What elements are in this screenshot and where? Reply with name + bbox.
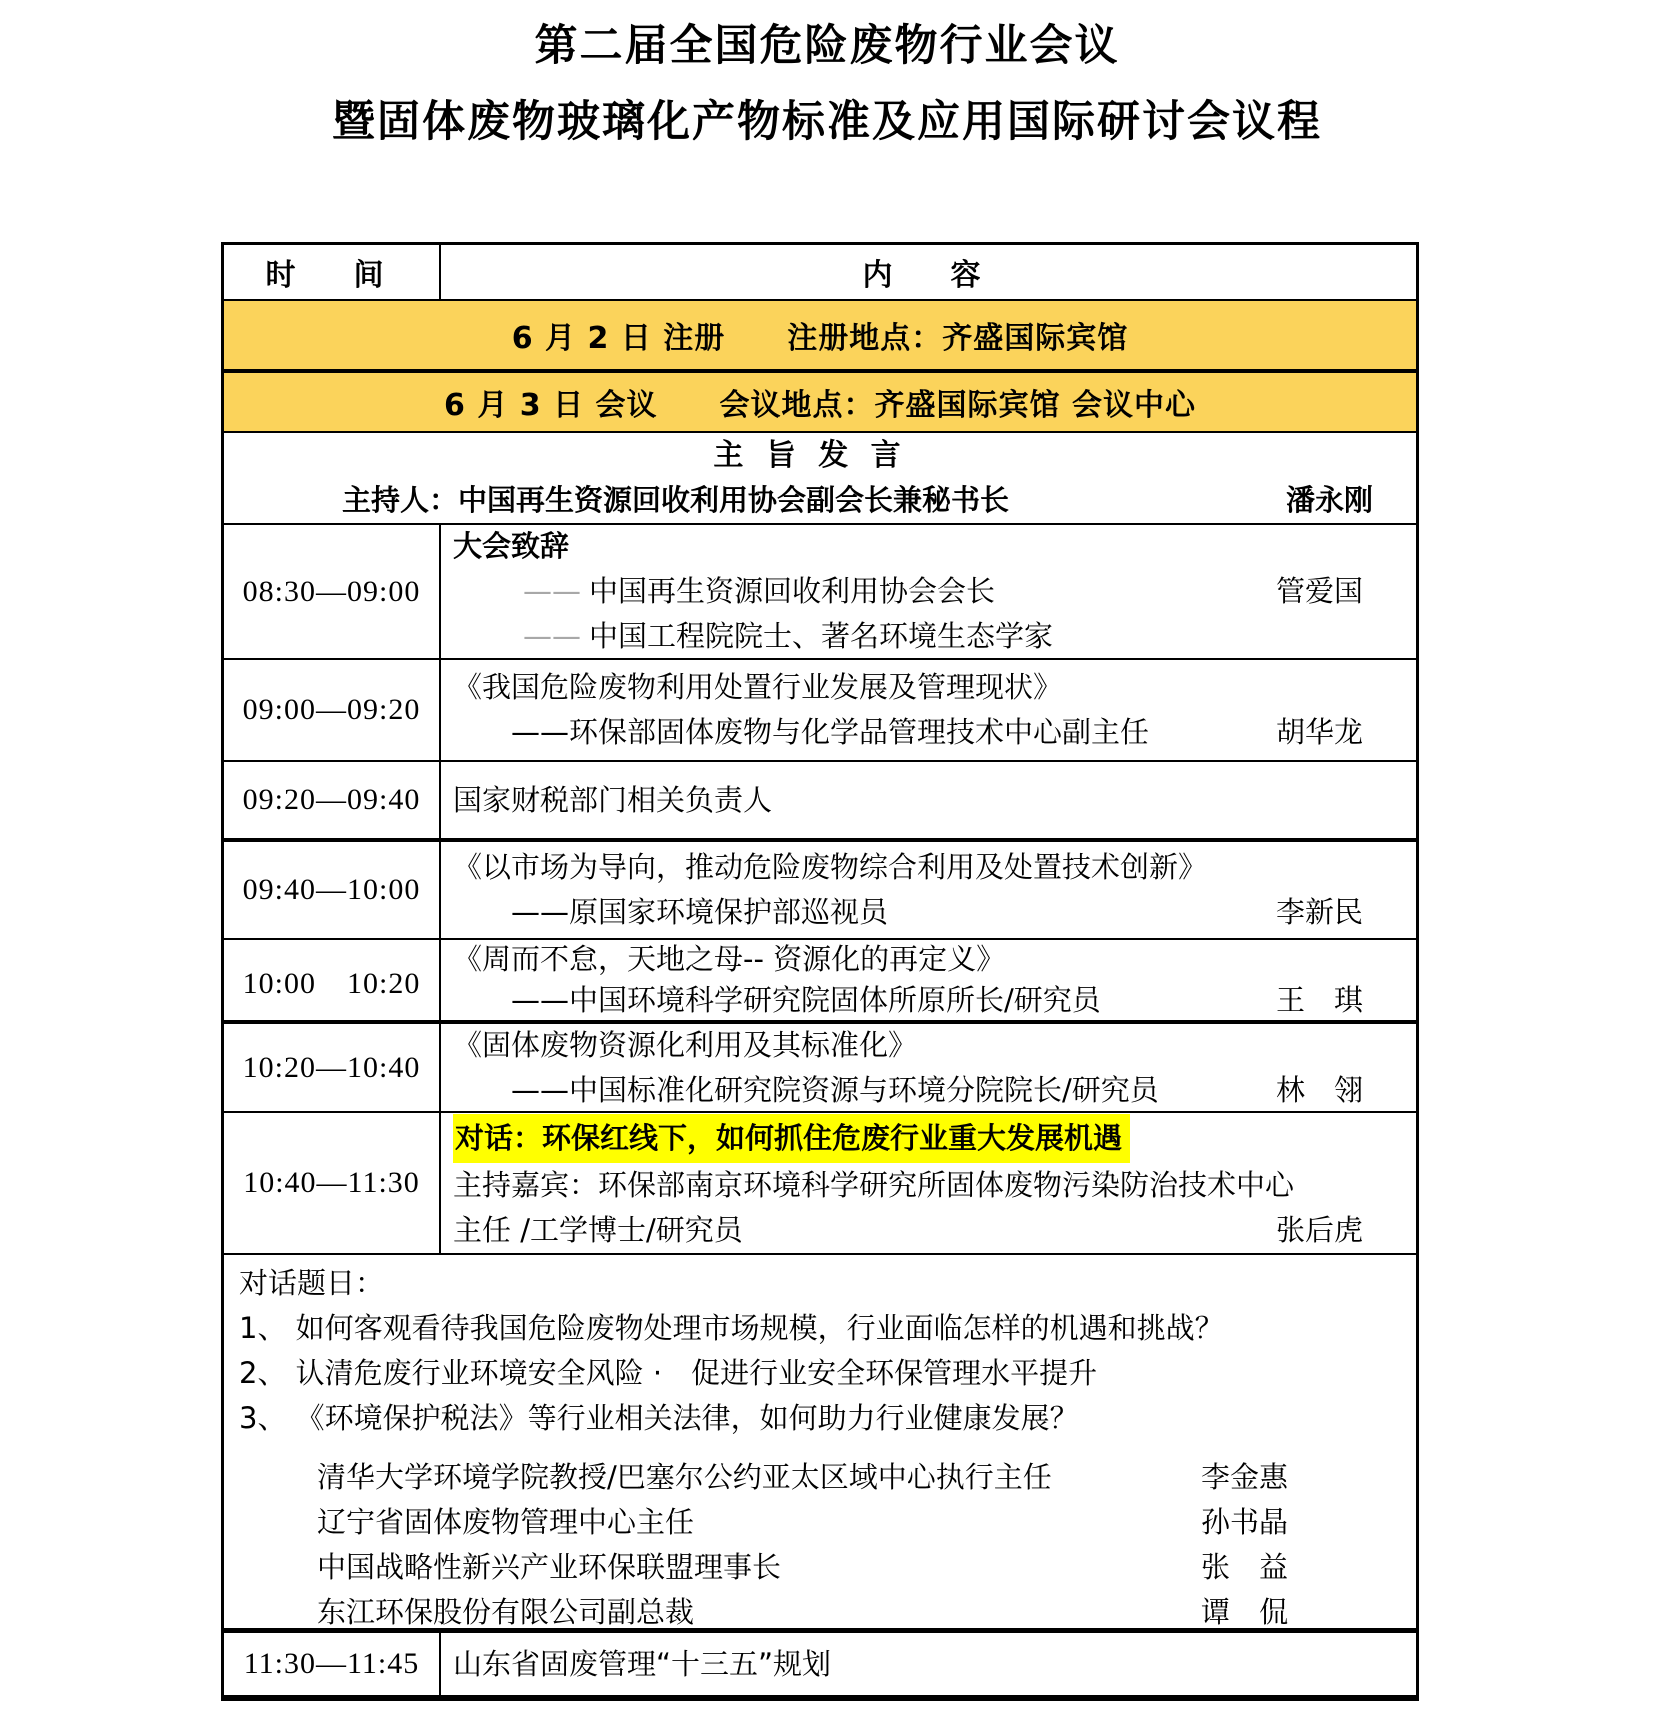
dialogue-host-line2: 主任 /工学博士/研究员 张后虎 (453, 1208, 1386, 1253)
agenda-row-0920: 09:20—09:40 国家财税部门相关负责人 (224, 760, 1416, 838)
doc-title-line2: 暨固体废物玻璃化产物标准及应用国际研讨会议程 (0, 98, 1654, 146)
speaker-name: 李新民 (1276, 890, 1386, 935)
content-1040: 对话：环保红线下，如何抓住危废行业重大发展机遇 主持嘉宾：环保部南京环境科学研究… (441, 1113, 1416, 1253)
em-dash: —— (523, 569, 581, 614)
speaker-line: ——中国标准化研究院资源与环境分院院长/研究员 林 翎 (453, 1068, 1386, 1113)
speaker-role: ——中国标准化研究院资源与环境分院院长/研究员 (511, 1068, 1159, 1113)
talk-title: 《周而不怠，天地之母-- 资源化的再定义》 (453, 939, 1386, 980)
panelist-name: 孙书晶 (1201, 1500, 1321, 1545)
keynote-host-name: 潘永刚 (1286, 478, 1396, 523)
doc-title-line1: 第二届全国危险废物行业会议 (0, 0, 1654, 70)
dialogue-topics-heading: 对话题日： (239, 1261, 1321, 1306)
speaker-role: ——中国环境科学研究院固体所原所长/研究员 (511, 980, 1101, 1021)
content-0940: 《以市场为导向，推动危险废物综合利用及处置技术创新》 ——原国家环境保护部巡视员… (441, 842, 1416, 938)
panelist-name: 李金惠 (1201, 1455, 1321, 1500)
time-1020: 10:20—10:40 (224, 1024, 441, 1111)
content-0830: 大会致辞 —— 中国再生资源回收利用协会会长 管爱国 —— 中国工程院院士、著名… (441, 525, 1416, 658)
content-0900: 《我国危险废物利用处置行业发展及管理现状》 ——环保部固体废物与化学品管理技术中… (441, 660, 1416, 760)
keynote-section: 主 旨 发 言 主持人：中国再生资源回收利用协会副会长兼秘书长 潘永刚 (224, 431, 1416, 523)
agenda-table: 时 间 内 容 6 月 2 日 注册 注册地点：齐盛国际宾馆 6 月 3 日 会… (221, 242, 1419, 1701)
time-1130: 11:30—11:45 (224, 1633, 441, 1695)
speaker-line: ——环保部固体废物与化学品管理技术中心副主任 胡华龙 (453, 710, 1386, 755)
keynote-host-line: 主持人：中国再生资源回收利用协会副会长兼秘书长 潘永刚 (224, 478, 1396, 523)
panelist-name: 谭 侃 (1201, 1590, 1321, 1635)
agenda-row-1000: 10:00 10:20 《周而不怠，天地之母-- 资源化的再定义》 ——中国环境… (224, 938, 1416, 1020)
keynote-host-role: 主持人：中国再生资源回收利用协会副会长兼秘书长 (342, 478, 1009, 523)
speaker-role: ——环保部固体废物与化学品管理技术中心副主任 (511, 710, 1149, 755)
column-header-time: 时 间 (224, 245, 441, 299)
time-1040: 10:40—11:30 (224, 1113, 441, 1253)
opening-heading: 大会致辞 (453, 524, 1386, 569)
banner-june3-conference: 6 月 3 日 会议 会议地点：齐盛国际宾馆 会议中心 (224, 369, 1416, 431)
speaker-role: 中国工程院院士、著名环境生态学家 (589, 614, 1053, 659)
speaker-name: 胡华龙 (1276, 710, 1386, 755)
speaker-role: ——原国家环境保护部巡视员 (511, 890, 888, 935)
talk-title: 国家财税部门相关负责人 (453, 778, 1386, 823)
dialogue-title-highlighted: 对话：环保红线下，如何抓住危废行业重大发展机遇 (453, 1114, 1130, 1163)
time-0940: 09:40—10:00 (224, 842, 441, 938)
speaker-line: ——原国家环境保护部巡视员 李新民 (453, 890, 1386, 935)
content-1130: 山东省固废管理“十三五”规划 (441, 1633, 1416, 1695)
speaker-role: 中国再生资源回收利用协会会长 (589, 569, 995, 614)
agenda-row-1130: 11:30—11:45 山东省固废管理“十三五”规划 (224, 1628, 1416, 1695)
dialogue-topics-section: 对话题日： 1、 如何客观看待我国危险废物处理市场规模，行业面临怎样的机遇和挑战… (224, 1253, 1416, 1628)
panelist-row: 东江环保股份有限公司副总裁 谭 侃 (239, 1590, 1321, 1635)
speaker-line: —— 中国工程院院士、著名环境生态学家 (453, 614, 1386, 659)
content-1000: 《周而不怠，天地之母-- 资源化的再定义》 ——中国环境科学研究院固体所原所长/… (441, 940, 1416, 1020)
talk-title: 山东省固废管理“十三五”规划 (453, 1642, 1386, 1687)
panelist-list: 清华大学环境学院教授/巴塞尔公约亚太区域中心执行主任 李金惠 辽宁省固体废物管理… (239, 1455, 1321, 1635)
speaker-name: 林 翎 (1276, 1068, 1386, 1113)
talk-title: 《以市场为导向，推动危险废物综合利用及处置技术创新》 (453, 845, 1386, 890)
banner-june2-registration: 6 月 2 日 注册 注册地点：齐盛国际宾馆 (224, 299, 1416, 369)
panelist-role: 清华大学环境学院教授/巴塞尔公约亚太区域中心执行主任 (317, 1455, 1052, 1500)
content-0920: 国家财税部门相关负责人 (441, 762, 1416, 838)
content-1020: 《固体废物资源化利用及其标准化》 ——中国标准化研究院资源与环境分院院长/研究员… (441, 1024, 1416, 1111)
agenda-row-0940: 09:40—10:00 《以市场为导向，推动危险废物综合利用及处置技术创新》 —… (224, 838, 1416, 938)
speaker-name: 管爱国 (1276, 569, 1386, 614)
speaker-line: —— 中国再生资源回收利用协会会长 管爱国 (453, 569, 1386, 614)
dialogue-title-line: 对话：环保红线下，如何抓住危废行业重大发展机遇 (453, 1114, 1386, 1163)
panelist-role: 辽宁省固体废物管理中心主任 (317, 1500, 694, 1545)
agenda-row-0900: 09:00—09:20 《我国危险废物利用处置行业发展及管理现状》 ——环保部固… (224, 658, 1416, 760)
time-1000: 10:00 10:20 (224, 940, 441, 1020)
host-name: 张后虎 (1276, 1208, 1386, 1253)
host-role: 主任 /工学博士/研究员 (453, 1208, 743, 1253)
agenda-row-1040: 10:40—11:30 对话：环保红线下，如何抓住危废行业重大发展机遇 主持嘉宾… (224, 1111, 1416, 1253)
agenda-row-0830: 08:30—09:00 大会致辞 —— 中国再生资源回收利用协会会长 管爱国 —… (224, 523, 1416, 658)
panelist-row: 中国战略性新兴产业环保联盟理事长 张 益 (239, 1545, 1321, 1590)
time-0920: 09:20—09:40 (224, 762, 441, 838)
dialogue-host-line: 主持嘉宾：环保部南京环境科学研究所固体废物污染防治技术中心 (453, 1163, 1386, 1208)
speaker-name: 王 琪 (1276, 980, 1386, 1021)
panelist-role: 东江环保股份有限公司副总裁 (317, 1590, 694, 1635)
table-header-row: 时 间 内 容 (224, 245, 1416, 299)
time-0900: 09:00—09:20 (224, 660, 441, 760)
dialogue-topic-1: 1、 如何客观看待我国危险废物处理市场规模，行业面临怎样的机遇和挑战？ (239, 1306, 1321, 1351)
talk-title: 《固体废物资源化利用及其标准化》 (453, 1023, 1386, 1068)
time-0830: 08:30—09:00 (224, 525, 441, 658)
column-header-content: 内 容 (441, 245, 1416, 299)
panelist-row: 清华大学环境学院教授/巴塞尔公约亚太区域中心执行主任 李金惠 (239, 1455, 1321, 1500)
document-page: 第二届全国危险废物行业会议 暨固体废物玻璃化产物标准及应用国际研讨会议程 时 间… (0, 0, 1654, 1731)
talk-title: 《我国危险废物利用处置行业发展及管理现状》 (453, 665, 1386, 710)
agenda-row-1020: 10:20—10:40 《固体废物资源化利用及其标准化》 ——中国标准化研究院资… (224, 1020, 1416, 1111)
dialogue-topic-3: 3、 《环境保护税法》等行业相关法律，如何助力行业健康发展？ (239, 1396, 1321, 1441)
dialogue-topic-2: 2、 认清危废行业环境安全风险 · 促进行业安全环保管理水平提升 (239, 1351, 1321, 1396)
panelist-name: 张 益 (1201, 1545, 1321, 1590)
em-dash: —— (523, 614, 581, 659)
panelist-role: 中国战略性新兴产业环保联盟理事长 (317, 1545, 781, 1590)
panelist-row: 辽宁省固体废物管理中心主任 孙书晶 (239, 1500, 1321, 1545)
speaker-line: ——中国环境科学研究院固体所原所长/研究员 王 琪 (453, 980, 1386, 1021)
keynote-title: 主 旨 发 言 (224, 433, 1396, 478)
